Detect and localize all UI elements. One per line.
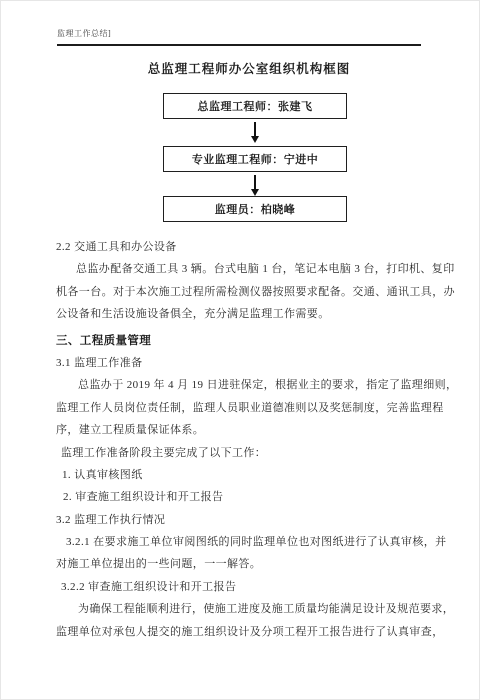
body-line-7: 监理工作人员岗位责任制，监理人员职业道德准则以及奖惩制度，完善监理程	[56, 397, 428, 419]
body-line-13: 3.2.1 在要求施工单位审阅图纸的同时监理单位也对图纸进行了认真审核，并	[56, 531, 428, 553]
org-box-2: 监理员：柏晓峰	[163, 196, 347, 222]
org-box-0: 总监理工程师：张建飞	[163, 93, 347, 119]
org-box-1: 专业监理工程师：宁进中	[163, 146, 347, 172]
body-line-10: 1. 认真审核图纸	[56, 464, 428, 486]
body-line-17: 监理单位对承包人提交的施工组织设计及分项工程开工报告进行了认真审查，	[56, 621, 428, 643]
body-line-0: 2.2 交通工具和办公设备	[56, 236, 428, 258]
body-line-2: 机各一台。对于本次施工过程所需检测仪器按照要求配备。交通、通讯工具，办	[56, 281, 428, 303]
document-page: 监理工作总结] 总监理工程师办公室组织机构框图 总监理工程师：张建飞专业监理工程…	[0, 0, 480, 700]
body-line-16: 为确保工程能顺利进行，使施工进度及施工质量均能满足设计及规范要求，	[56, 598, 428, 620]
body-line-12: 3.2 监理工作执行情况	[56, 509, 428, 531]
body-line-3: 公设备和生活设施设备俱全，充分满足监理工作需要。	[56, 303, 428, 325]
down-arrow-icon	[254, 175, 256, 189]
body-line-1: 总监办配备交通工具 3 辆。台式电脑 1 台，笔记本电脑 3 台，打印机、复印	[56, 258, 428, 280]
body-line-11: 2. 审查施工组织设计和开工报告	[56, 486, 428, 508]
section-heading: 三、工程质量管理	[56, 330, 428, 352]
body-line-6: 总监办于 2019 年 4 月 19 日进驻保定，根据业主的要求，指定了监理细则…	[56, 374, 428, 396]
body-line-5: 3.1 监理工作准备	[56, 352, 428, 374]
org-chart: 总监理工程师：张建飞专业监理工程师：宁进中监理员：柏晓峰	[0, 0, 480, 230]
body-text: 2.2 交通工具和办公设备总监办配备交通工具 3 辆。台式电脑 1 台，笔记本电…	[56, 236, 428, 643]
body-line-9: 监理工作准备阶段主要完成了以下工作：	[56, 442, 428, 464]
down-arrow-icon	[254, 122, 256, 136]
body-line-14: 对施工单位提出的一些问题，一一解答。	[56, 553, 428, 575]
body-line-8: 序，建立工程质量保证体系。	[56, 419, 428, 441]
body-line-15: 3.2.2 审查施工组织设计和开工报告	[56, 576, 428, 598]
